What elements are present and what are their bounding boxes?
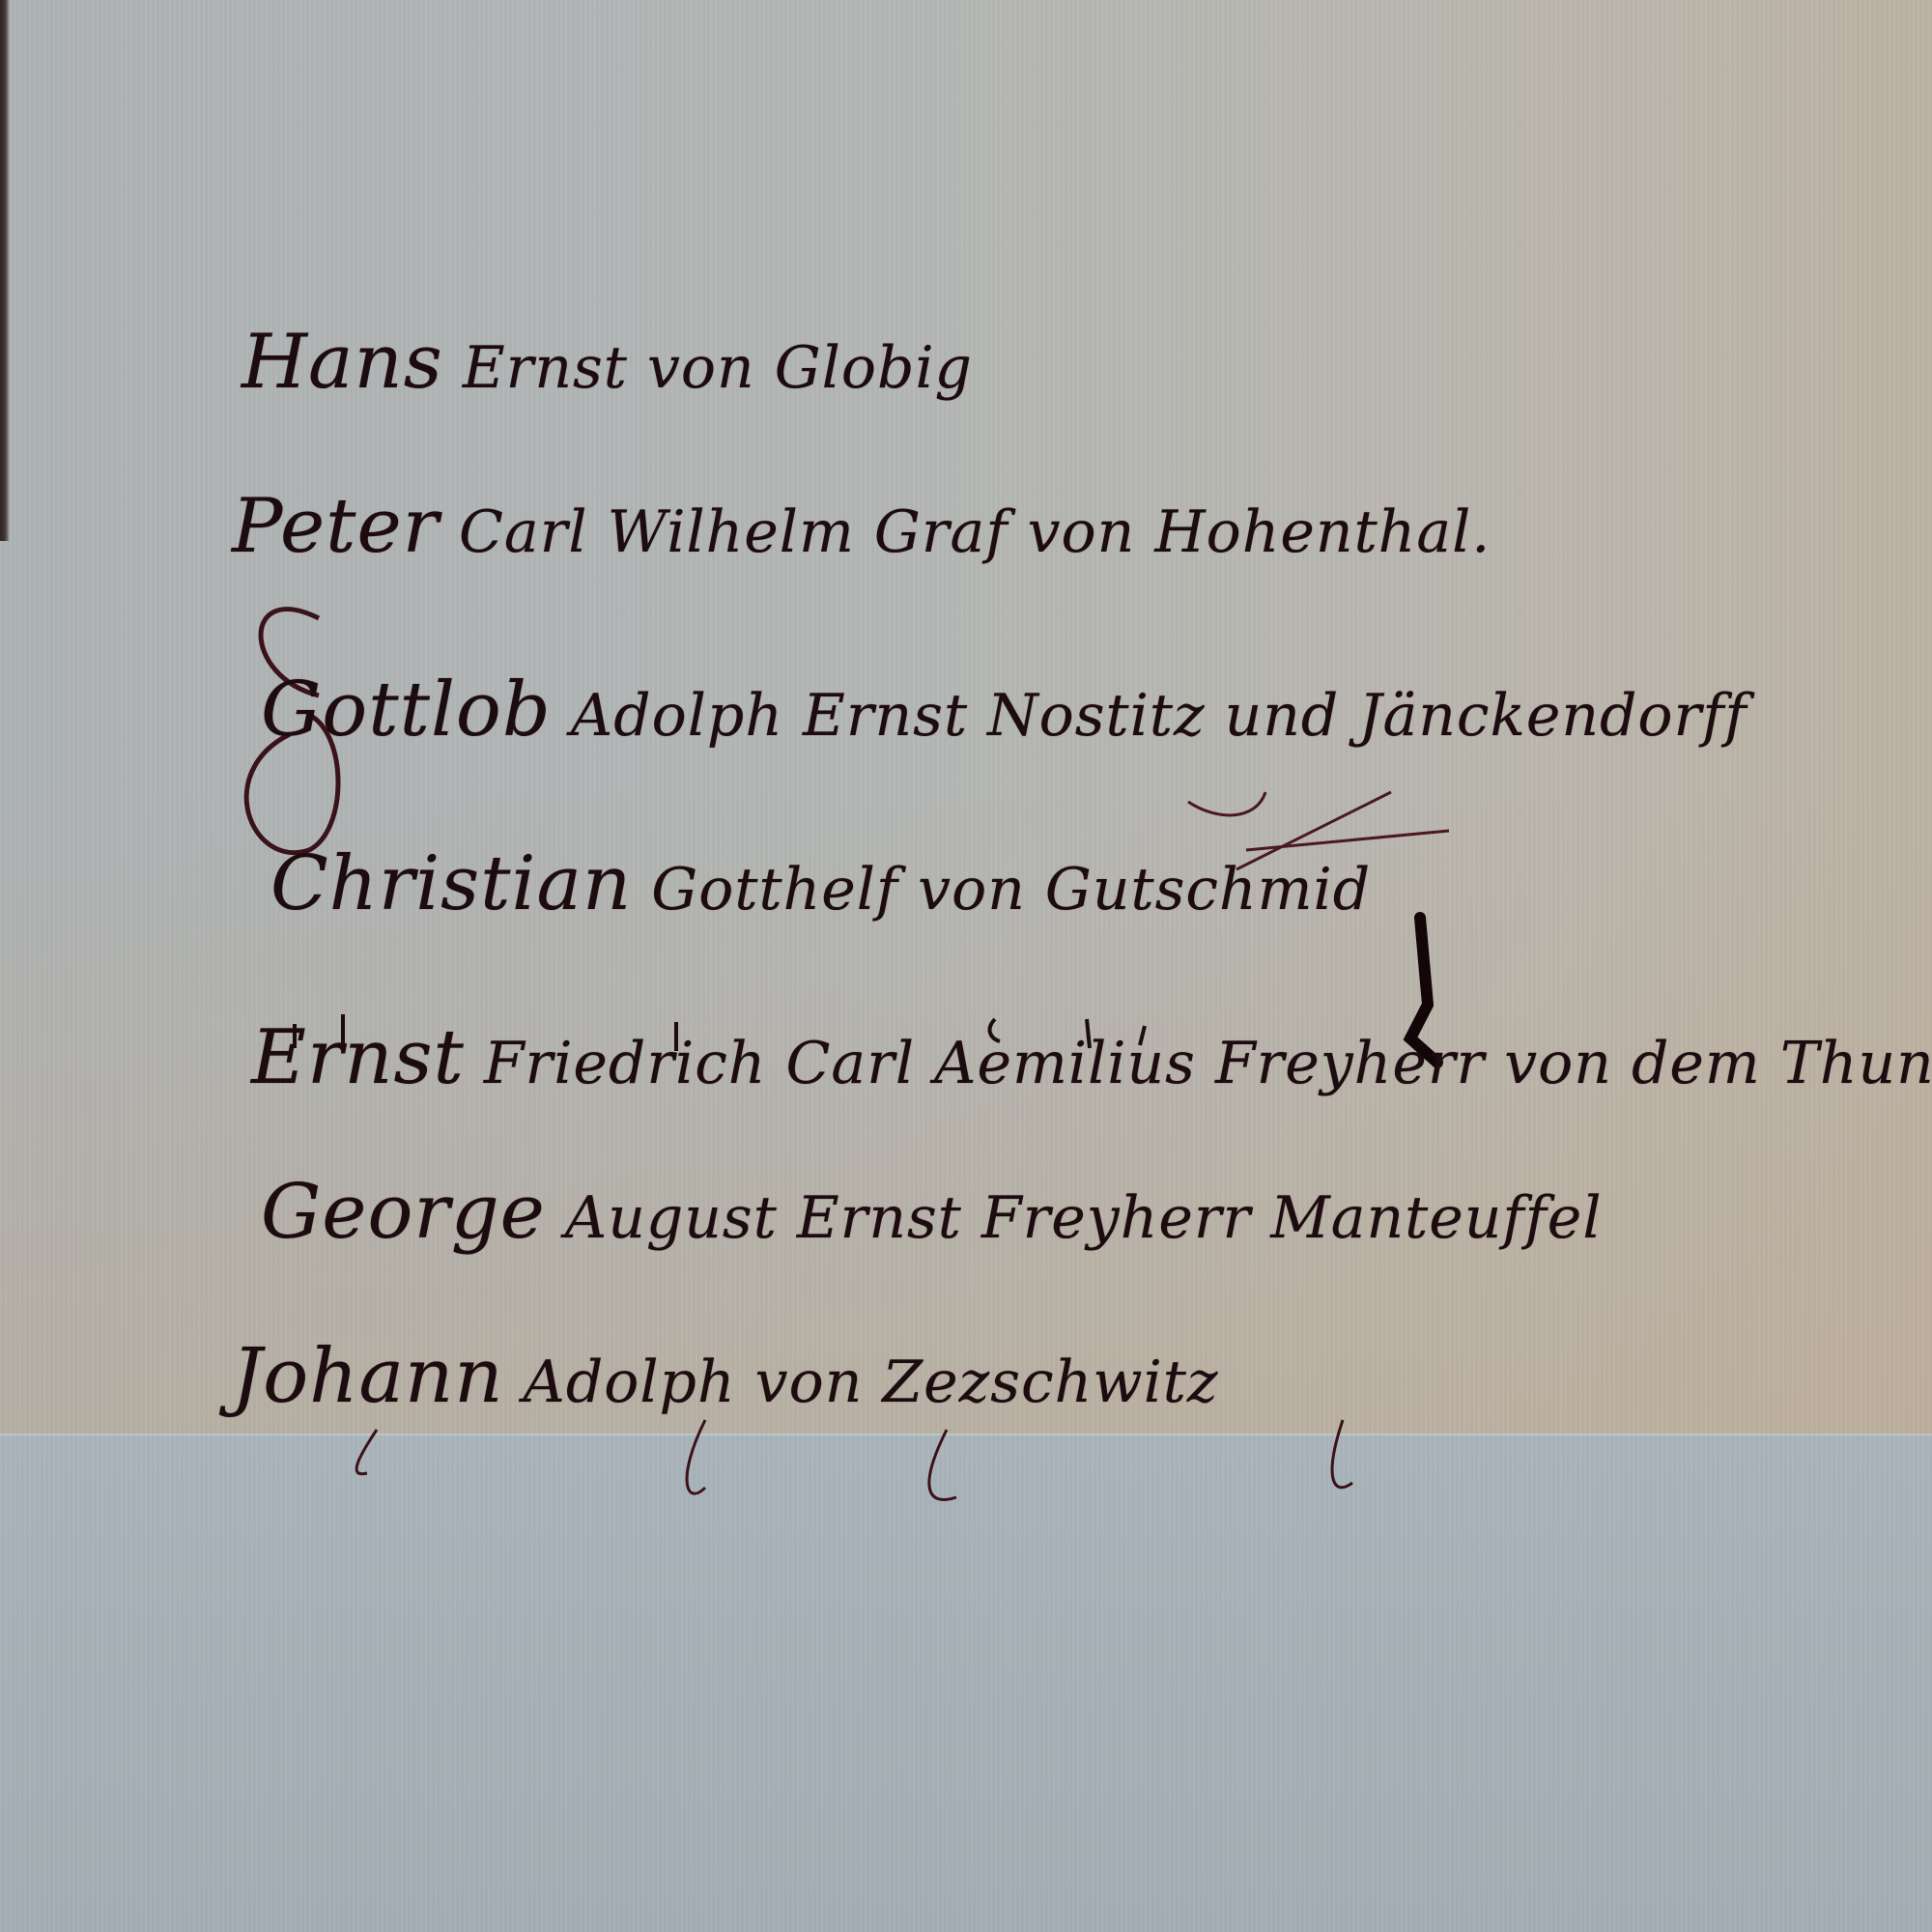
name-remainder: Gotthelf von Gutschmid [632,856,1371,923]
name-line-3: Gottlob Adolph Ernst Nostitz und Jäncken… [261,667,1747,753]
name-line-1: Hans Ernst von Globig [241,319,973,406]
name-line-2: Peter Carl Wilhelm Graf von Hohenthal. [232,483,1491,570]
name-remainder: August Ernst Freyherr Manteuffel [546,1184,1603,1252]
name-remainder: Adolph von Zezschwitz [503,1349,1218,1416]
given-name: George [261,1169,546,1256]
name-remainder: Friedrich Carl Aemilius Freyherr von dem… [465,1030,1932,1097]
name-line-4: Christian Gotthelf von Gutschmid [270,840,1371,927]
given-name: Christian [270,840,632,927]
page-edge-shadow [0,0,10,541]
given-name: Ernst [251,1014,465,1101]
given-name: Johann [232,1333,503,1420]
name-remainder: Ernst von Globig [443,334,973,402]
given-name: Gottlob [261,667,552,753]
name-remainder: Carl Wilhelm Graf von Hohenthal. [440,498,1491,566]
name-remainder: Adolph Ernst Nostitz und Jänckendorff [552,682,1747,750]
given-name: Peter [232,483,440,570]
folded-lower-sheet [0,1434,1932,1932]
name-line-7: Johann Adolph von Zezschwitz [232,1333,1219,1420]
name-line-6: George August Ernst Freyherr Manteuffel [261,1169,1603,1256]
name-line-5: Ernst Friedrich Carl Aemilius Freyherr v… [251,1014,1932,1101]
given-name: Hans [241,319,443,406]
